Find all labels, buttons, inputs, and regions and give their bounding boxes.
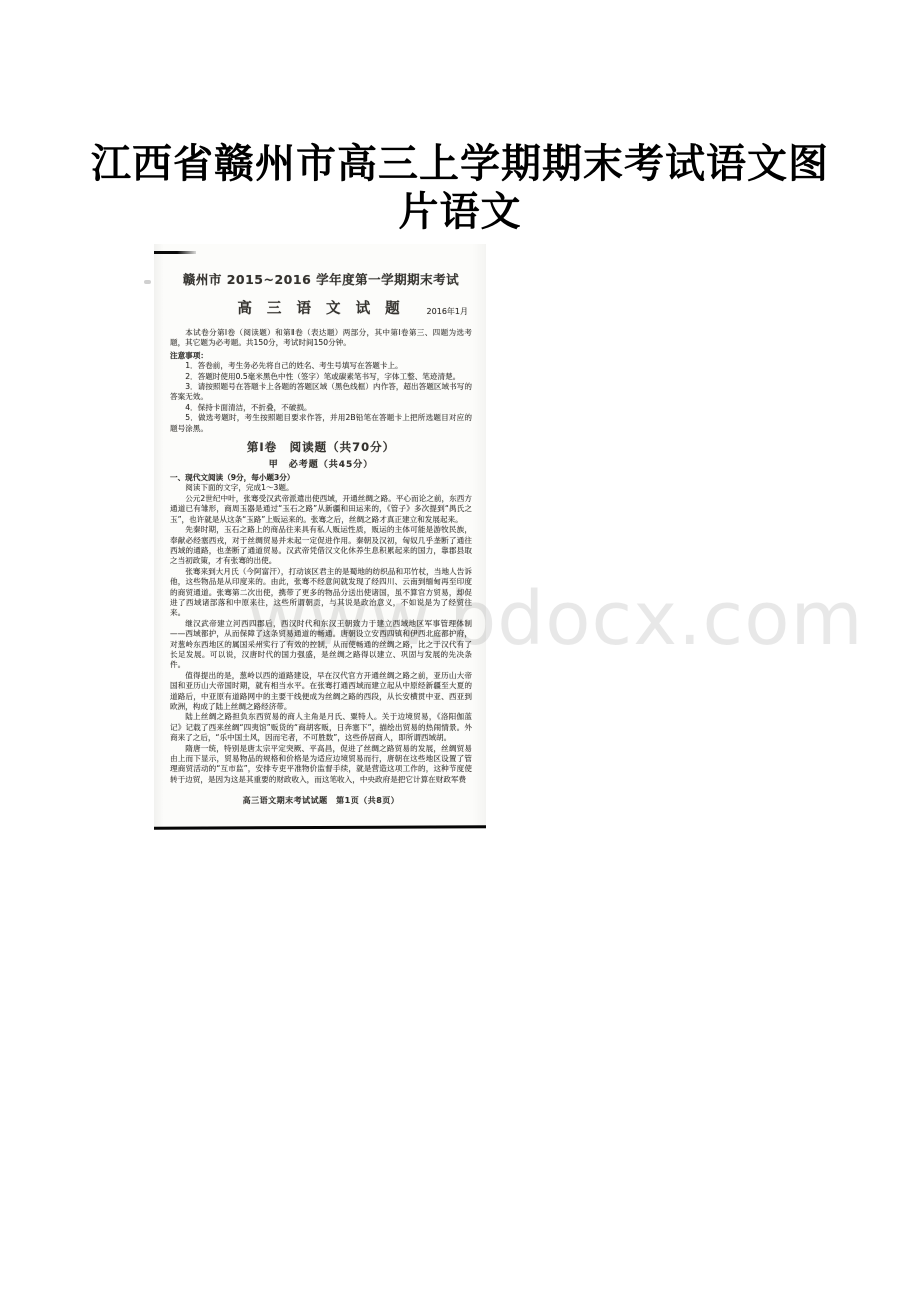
notice-item: 3．请按照题号在答题卡上各题的答题区域（黑色线框）内作答，超出答题区域书写的答案… [170, 382, 472, 403]
passage-paragraph: 隋唐一统，特别是唐太宗平定突厥、平高昌，促进了丝绸之路贸易的发展，丝绸贸易由上而… [170, 744, 472, 786]
exam-scan-image: 赣州市 2015~2016 学年度第一学期期末考试 高 三 语 文 试 题 20… [154, 244, 486, 829]
passage-paragraph: 先秦时期，玉石之路上的商品往来具有私人贩运性质，贩运的主体可能是游牧民族，奉献必… [170, 525, 472, 567]
exam-intro: 本试卷分第Ⅰ卷（阅读题）和第Ⅱ卷（表达题）两部分，其中第Ⅰ卷第三、四题为选考题，… [170, 328, 472, 349]
scan-bottom-rule [154, 826, 486, 830]
question-intro: 阅读下面的文字，完成1～3题。 [170, 483, 472, 493]
document-page: 江西省赣州市高三上学期期末考试语文图片语文 赣州市 2015~2016 学年度第… [0, 0, 920, 1302]
scan-artifact-smudge [144, 280, 151, 284]
passage-paragraph: 继汉武帝建立河西四郡后，西汉时代和东汉王朝致力于建立西域地区军事管理体制——西域… [170, 619, 472, 671]
notice-title: 注意事项： [170, 351, 472, 361]
notice-item: 1．答卷前，考生务必先将自己的姓名、考生号填写在答题卡上。 [170, 361, 472, 371]
scan-artifact-dash [154, 251, 196, 254]
passage-paragraph: 张骞来到大月氏（今阿富汗），打动该区君主的是蜀地的纺织品和邛竹杖，当地人告诉他，… [170, 567, 472, 619]
passage-paragraph: 公元2世纪中叶，张骞受汉武帝派遣出使西域，开通丝绸之路。平心而论之前，东西方通道… [170, 494, 472, 525]
passage-paragraph: 值得提出的是，葱岭以西的道路建设，早在汉代官方开通丝绸之路之前，亚历山大帝国和亚… [170, 671, 472, 713]
exam-session-heading: 赣州市 2015~2016 学年度第一学期期末考试 [170, 270, 472, 288]
notice-item: 5．做选考题时，考生按照题目要求作答，并用2B铅笔在答题卡上把所选题目对应的题号… [170, 413, 472, 434]
exam-title-row: 高 三 语 文 试 题 2016年1月 [170, 297, 472, 318]
scan-page-footer: 高三语文期末考试试题 第1页（共8页） [170, 795, 472, 806]
subsection-heading: 甲 必考题（共45分） [170, 457, 472, 470]
page-title: 江西省赣州市高三上学期期末考试语文图片语文 [84, 0, 836, 236]
exam-date: 2016年1月 [427, 306, 468, 317]
notice-item: 4．保持卡面清洁，不折叠，不破损。 [170, 403, 472, 413]
notice-item: 2．答题时使用0.5毫米黑色中性（签字）笔或碳素笔书写，字体工整、笔迹清楚。 [170, 372, 472, 382]
exam-title: 高 三 语 文 试 题 [237, 301, 404, 317]
passage-paragraph: 陆上丝绸之路担负东西贸易的商人主角是月氏、粟特人。关于边境贸易，《洛阳伽蓝记》记… [170, 712, 472, 743]
question-heading: 一、现代文阅读（9分，每小题3分） [170, 473, 472, 483]
section-heading: 第Ⅰ卷 阅读题（共70分） [170, 439, 472, 455]
